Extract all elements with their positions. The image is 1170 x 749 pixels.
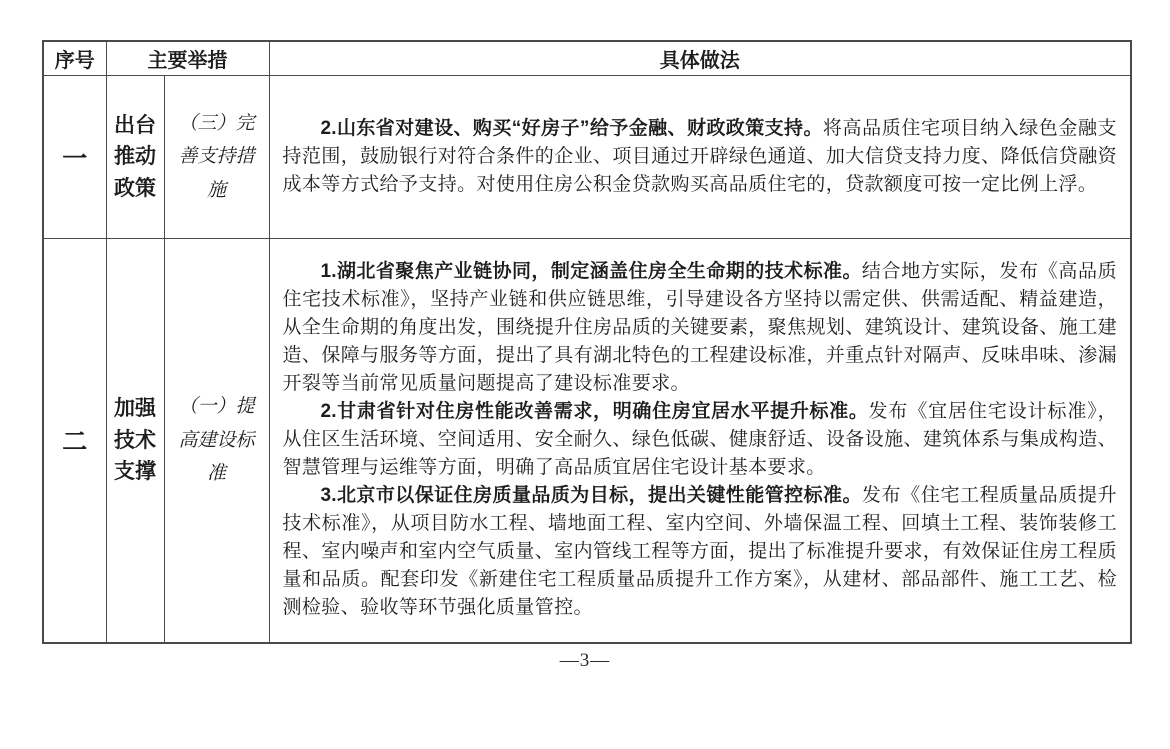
- header-serial-number: 序号: [43, 41, 106, 76]
- page-number: —3—: [0, 650, 1170, 672]
- paragraph: 3.北京市以保证住房质量品质为目标，提出关键性能管控标准。发布《住宅工程质量品质…: [283, 482, 1118, 622]
- table-row: 一 出台推动政策 （三）完善支持措施 2.山东省对建设、购买“好房子”给予金融、…: [43, 76, 1131, 239]
- paragraph-lead: 2.山东省对建设、购买“好房子”给予金融、财政政策支持。: [321, 118, 823, 139]
- paragraph: 2.山东省对建设、购买“好房子”给予金融、财政政策支持。将高品质住宅项目纳入绿色…: [283, 115, 1118, 199]
- row-sub-measure: （一）提高建设标准: [164, 239, 269, 643]
- header-specific-practices: 具体做法: [269, 41, 1131, 76]
- row-measure: 加强技术支撑: [106, 239, 164, 643]
- table-header-row: 序号 主要举措 具体做法: [43, 41, 1131, 76]
- table-row: 二 加强技术支撑 （一）提高建设标准 1.湖北省聚焦产业链协同，制定涵盖住房全生…: [43, 239, 1131, 643]
- document-page: 序号 主要举措 具体做法 一 出台推动政策 （三）完善支持措施 2.山东省对建设…: [0, 0, 1170, 749]
- paragraph-lead: 1.湖北省聚焦产业链协同，制定涵盖住房全生命期的技术标准。: [321, 261, 862, 282]
- row-index: 二: [43, 239, 106, 643]
- measures-table: 序号 主要举措 具体做法 一 出台推动政策 （三）完善支持措施 2.山东省对建设…: [42, 40, 1132, 644]
- row-content: 1.湖北省聚焦产业链协同，制定涵盖住房全生命期的技术标准。结合地方实际，发布《高…: [269, 239, 1131, 643]
- row-measure: 出台推动政策: [106, 76, 164, 239]
- row-sub-measure: （三）完善支持措施: [164, 76, 269, 239]
- header-main-measures: 主要举措: [106, 41, 269, 76]
- row-content: 2.山东省对建设、购买“好房子”给予金融、财政政策支持。将高品质住宅项目纳入绿色…: [269, 76, 1131, 239]
- row-index: 一: [43, 76, 106, 239]
- paragraph-lead: 2.甘肃省针对住房性能改善需求，明确住房宜居水平提升标准。: [321, 401, 869, 422]
- paragraph-lead: 3.北京市以保证住房质量品质为目标，提出关键性能管控标准。: [321, 485, 862, 506]
- paragraph: 1.湖北省聚焦产业链协同，制定涵盖住房全生命期的技术标准。结合地方实际，发布《高…: [283, 258, 1118, 398]
- paragraph: 2.甘肃省针对住房性能改善需求，明确住房宜居水平提升标准。发布《宜居住宅设计标准…: [283, 398, 1118, 482]
